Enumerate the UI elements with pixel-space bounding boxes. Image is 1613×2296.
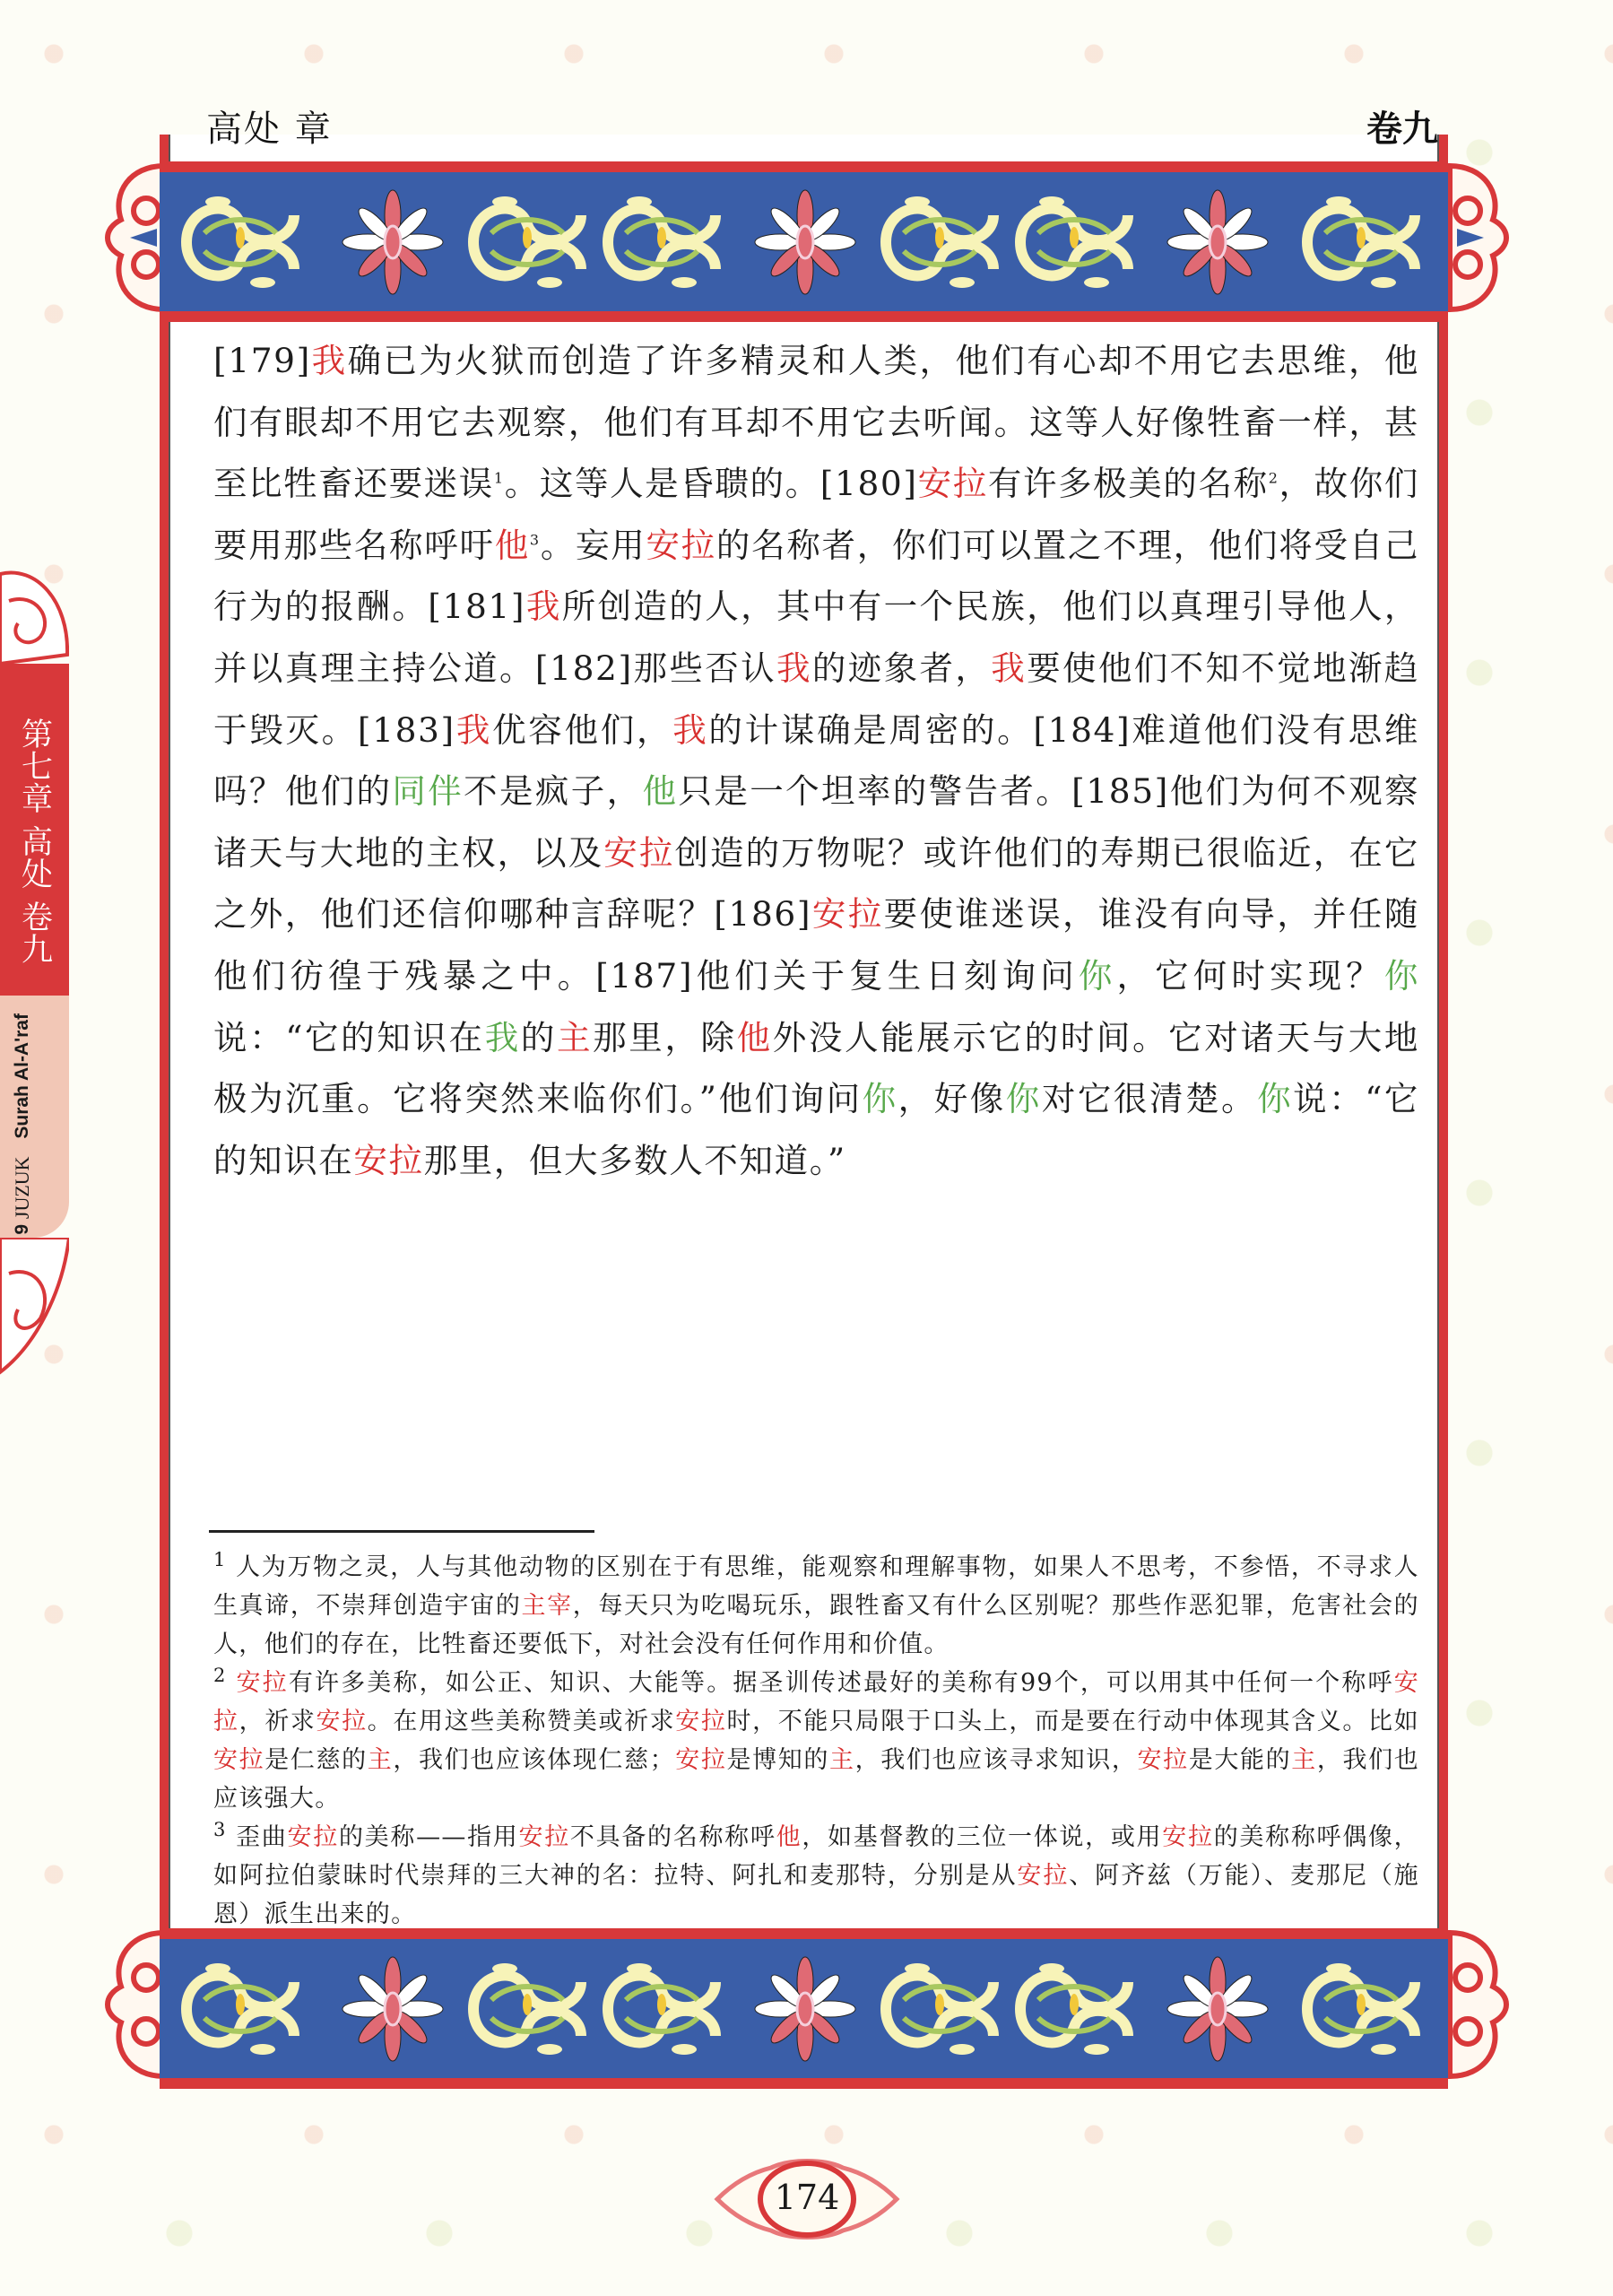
- volume-running-head: 卷九: [1366, 100, 1438, 152]
- highlight-red-term: 他: [495, 526, 530, 565]
- page-number: 174: [708, 2178, 906, 2217]
- highlight-green-term: 你: [863, 1079, 898, 1118]
- highlight-green-term: 你: [1257, 1079, 1293, 1118]
- verse-text-run: 有许多极美的名称: [988, 464, 1269, 503]
- highlight-red-term: 他: [737, 1018, 773, 1057]
- footnote-ref: 2: [1269, 470, 1279, 487]
- cloud-ornament-icon: [94, 157, 166, 318]
- footnote-text-run: 的美称——指用: [339, 1823, 519, 1851]
- highlight-red-term: 主: [1291, 1746, 1317, 1774]
- verse-text-run: 那些否认: [633, 648, 776, 688]
- side-chapter-tab: 第七章 高处 卷九 9 JUZUK Surah Al-A'raf: [0, 664, 69, 1381]
- highlight-red-term: 安拉: [1017, 1862, 1069, 1890]
- chapter-running-head: 高处 章: [206, 100, 333, 152]
- highlight-red-term: 我: [776, 648, 812, 688]
- footnote-text-run: ，祈求: [239, 1708, 317, 1735]
- swirl-ornament-icon: [0, 1238, 69, 1381]
- highlight-red-term: 安拉: [918, 464, 988, 503]
- juz-tab: 9 JUZUK Surah Al-A'raf: [0, 996, 69, 1238]
- verse-text-run: 他们关于复生日刻询问: [693, 956, 1079, 996]
- footnote-3: 3歪曲安拉的美称——指用安拉不具备的名称称呼他，如基督教的三位一体说，或用安拉的…: [213, 1818, 1419, 1934]
- frame-edge-right: [1437, 135, 1439, 2081]
- verse-text-run: [187]: [595, 956, 693, 996]
- verse-text-run: 对它很清楚。: [1042, 1079, 1257, 1118]
- highlight-red-term: 安拉: [675, 1746, 727, 1774]
- footnote-divider: [209, 1530, 594, 1533]
- highlight-red-term: 我: [672, 710, 708, 750]
- footnote-text-run: 是博知的: [726, 1746, 829, 1774]
- highlight-red-term: 主: [829, 1746, 855, 1774]
- highlight-red-term: 安拉: [353, 1141, 423, 1180]
- swirl-ornament-icon: [0, 565, 69, 664]
- verse-text-run: 说：“它的知识在: [213, 1018, 485, 1057]
- highlight-green-term: 你: [1006, 1079, 1042, 1118]
- footnote-ref: 1: [494, 470, 505, 487]
- juz-word: JUZUK: [11, 1156, 33, 1219]
- highlight-red-term: 安拉: [213, 1746, 264, 1774]
- highlight-green-term: 你: [1384, 956, 1419, 996]
- verse-text-run: 的计谋确是周密的。: [708, 710, 1033, 750]
- highlight-red-term: 我: [455, 710, 492, 750]
- juz-number: 9: [12, 1224, 32, 1235]
- cloud-ornament-icon: [1448, 157, 1520, 318]
- highlight-red-term: 安拉: [1162, 1823, 1213, 1851]
- verse-text-run: [182]: [535, 648, 633, 688]
- footnote-text-run: 时，不能只局限于口头上，而是要在行动中体现其含义。比如: [726, 1708, 1419, 1735]
- footnote-2: 2安拉有许多美称，如公正、知识、大能等。据圣训传述最好的美称有99个，可以用其中…: [213, 1664, 1419, 1818]
- verse-text-run: 的: [521, 1018, 557, 1057]
- highlight-red-term: 我: [991, 648, 1027, 688]
- footnote-text-run: ，我们也应该体现仁慈；: [393, 1746, 675, 1774]
- verse-text-run: [184]: [1033, 710, 1131, 750]
- footnote-text-run: 是大能的: [1189, 1746, 1292, 1774]
- surah-name: Surah Al-A'raf: [12, 1013, 32, 1139]
- highlight-red-term: 安拉: [236, 1669, 289, 1697]
- footnote-text-run: 有许多美称，如公正、知识、大能等。据圣训传述最好的美称有99个，可以用其中任何一…: [289, 1669, 1394, 1697]
- footnote-marker: 3: [213, 1819, 227, 1840]
- footnote-1: 1人为万物之灵，人与其他动物的区别在于有思维，能观察和理解事物，如果人不思考，不…: [213, 1548, 1419, 1664]
- verse-text-run: 。这等人是昏聩的。: [505, 464, 820, 503]
- verse-text-run: 不是疯子，: [464, 771, 642, 811]
- highlight-green-term: 我: [485, 1018, 521, 1057]
- highlight-red-term: 安拉: [603, 833, 674, 873]
- highlight-red-term: 我: [525, 587, 562, 626]
- footnotes-block: 1人为万物之灵，人与其他动物的区别在于有思维，能观察和理解事物，如果人不思考，不…: [213, 1548, 1419, 1934]
- highlight-green-term: 同伴: [392, 771, 464, 811]
- highlight-red-term: 安拉: [519, 1823, 570, 1851]
- page-number-badge: 174: [708, 2154, 906, 2244]
- verse-text-run: 那里，但大多数人不知道。”: [424, 1141, 846, 1180]
- cloud-ornament-icon: [94, 1924, 166, 2085]
- chapter-tab-label: 第七章 高处 卷九: [0, 664, 69, 996]
- footnote-text-run: 歪曲: [236, 1823, 288, 1851]
- highlight-red-term: 安拉: [675, 1708, 726, 1735]
- verse-text-run: ，它何时实现？: [1117, 956, 1384, 996]
- highlight-red-term: 我: [311, 341, 348, 380]
- highlight-red-term: 主: [557, 1018, 593, 1057]
- frame-edge-left: [169, 135, 170, 2081]
- highlight-red-term: 安拉: [317, 1708, 368, 1735]
- floral-arabesque-icon: [160, 172, 1448, 311]
- chapter-tab-text: 第七章 高处 卷九: [13, 717, 57, 996]
- footnote-text-run: 不具备的名称称呼: [570, 1823, 776, 1851]
- footnote-ref: 3: [530, 531, 541, 548]
- floral-arabesque-icon: [160, 1939, 1448, 2078]
- verse-text-run: ，好像: [898, 1079, 1006, 1118]
- footnote-marker: 2: [213, 1665, 227, 1686]
- highlight-red-term: 他: [776, 1823, 802, 1851]
- top-ornament-band: [160, 161, 1448, 322]
- verse-text-run: 优容他们，: [492, 710, 672, 750]
- highlight-red-term: 主: [368, 1746, 394, 1774]
- verse-text-run: [181]: [428, 587, 525, 626]
- highlight-green-term: 他: [643, 771, 679, 811]
- highlight-green-term: 你: [1079, 956, 1117, 996]
- verse-text-run: [180]: [820, 464, 918, 503]
- footnote-text-run: ，如基督教的三位一体说，或用: [802, 1823, 1162, 1851]
- highlight-red-term: 安拉: [646, 526, 715, 565]
- footnote-text-run: 。在用这些美称赞美或祈求: [368, 1708, 675, 1735]
- bottom-ornament-band: [160, 1928, 1448, 2089]
- highlight-red-term: 安拉: [288, 1823, 339, 1851]
- verse-text-run: 的迹象者，: [812, 648, 991, 688]
- verse-text-run: 。妄用: [541, 526, 646, 565]
- cloud-ornament-icon: [1448, 1924, 1520, 2085]
- verse-text-run: [179]: [213, 341, 311, 380]
- footnote-marker: 1: [213, 1549, 227, 1570]
- verse-text-run: [185]: [1071, 771, 1169, 811]
- footnote-text-run: ，我们也应该寻求知识，: [855, 1746, 1138, 1774]
- footnote-text-run: 是仁慈的: [264, 1746, 368, 1774]
- highlight-red-term: 安拉: [1137, 1746, 1188, 1774]
- verse-text-run: 那里，除: [593, 1018, 737, 1057]
- verse-text-run: [183]: [358, 710, 455, 750]
- verse-text-run: [186]: [714, 894, 811, 934]
- verse-text-run: 只是一个坦率的警告者。: [678, 771, 1071, 811]
- highlight-red-term: 主宰: [521, 1592, 572, 1620]
- juz-tab-text: 9 JUZUK Surah Al-A'raf: [11, 1013, 34, 1235]
- highlight-red-term: 安拉: [811, 894, 884, 934]
- verse-body-text: [179]我确已为火狱而创造了许多精灵和人类，他们有心却不用它去思维，他们有眼却…: [213, 330, 1419, 1191]
